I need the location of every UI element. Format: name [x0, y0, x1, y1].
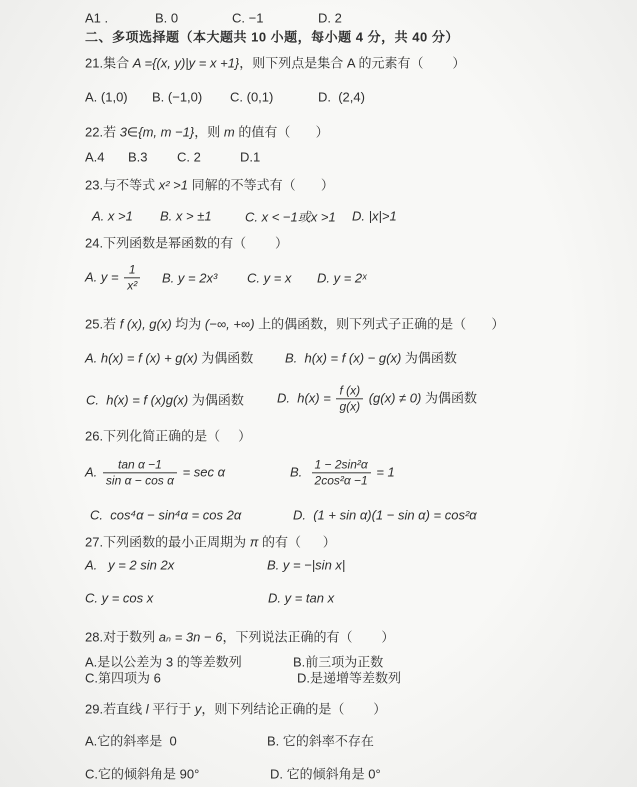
- option-a: A. (1,0): [85, 90, 128, 105]
- option-b: B. 1 − 2sin²α2cos²α −1 = 1: [290, 458, 395, 487]
- stem-formula: (−∞, +∞): [205, 317, 255, 332]
- option-b: B.3: [128, 150, 148, 165]
- stem-text: 23.与不等式: [85, 178, 159, 193]
- option-d: D. 2: [318, 11, 342, 26]
- option-d: D. (2,4): [318, 90, 365, 105]
- stem-formula: A ={(x, y)|y = x +1}: [133, 56, 240, 71]
- section-title: 二、多项选择题（本大题共 10 小题，每小题 4 分，共 40 分）: [85, 27, 459, 46]
- option-d: D. |x|>1: [352, 209, 397, 224]
- stem-text: 29.若直线: [85, 702, 146, 717]
- stem-text: 26.下列化简正确的是（ ）: [85, 426, 251, 445]
- option-c: C. x < −1或x >1: [245, 207, 336, 226]
- option-d: D.1: [240, 150, 260, 165]
- stem-text: 28.对于数列: [85, 630, 159, 645]
- option-c: C.第四项为 6: [85, 668, 161, 687]
- stem-formula: aₙ = 3n − 6: [159, 630, 223, 645]
- option-c: C. 2: [177, 150, 201, 165]
- stem-formula: 3∈{m, m −1}: [120, 125, 195, 140]
- stem-text: 22.若: [85, 125, 120, 140]
- option-a: A. tan α −1sin α − cos α = sec α: [85, 458, 225, 487]
- option-a: A1 .: [85, 11, 108, 26]
- stem-formula: f (x), g(x): [120, 317, 172, 332]
- stem-text: ，则下列结论正确的是（ ）: [201, 702, 386, 717]
- option-c: C.它的倾斜角是 90°: [85, 764, 199, 783]
- option-c: C. −1: [232, 11, 263, 26]
- option-a: A. x >1: [92, 209, 133, 224]
- option-d: D.是递增等差数列: [297, 668, 401, 687]
- stem-text: ，下列说法正确的有（ ）: [222, 630, 394, 645]
- option-b: B. h(x) = f (x) − g(x) 为偶函数: [285, 348, 457, 367]
- stem-text: 25.若: [85, 317, 120, 332]
- option-b: B. (−1,0): [152, 90, 202, 105]
- stem-text: 的有（ ）: [258, 535, 335, 550]
- option-c: C. y = cos x: [85, 591, 153, 606]
- stem-text: ，则: [194, 125, 224, 140]
- option-a: A.4: [85, 150, 105, 165]
- option-d: D. y = 2ˣ: [317, 271, 367, 286]
- fraction: 1 − 2sin²α2cos²α −1: [312, 458, 371, 487]
- option-c: C. cos⁴α − sin⁴α = cos 2α: [90, 508, 241, 523]
- option-a: A. y = 1x²: [85, 263, 142, 292]
- stem-text: 24.下列函数是幂函数的有（ ）: [85, 233, 288, 252]
- option-d: D. y = tan x: [268, 591, 334, 606]
- option-c: C. h(x) = f (x)g(x) 为偶函数: [86, 390, 244, 409]
- stem-text: 的值有（ ）: [235, 125, 329, 140]
- option-a: A.它的斜率是 0: [85, 731, 177, 750]
- option-d: D. (1 + sin α)(1 − sin α) = cos²α: [293, 508, 477, 523]
- option-b: B. 它的斜率不存在: [267, 731, 374, 750]
- option-d: D. h(x) = f (x)g(x) (g(x) ≠ 0) 为偶函数: [277, 384, 477, 413]
- stem-text: 同解的不等式有（ ）: [188, 178, 334, 193]
- stem-text: 27.下列函数的最小正周期为: [85, 535, 250, 550]
- option-d: D. 它的倾斜角是 0°: [270, 764, 381, 783]
- stem-text: 上的偶函数，则下列式子正确的是（ ）: [255, 317, 505, 332]
- option-b: B. y = 2x³: [162, 271, 217, 286]
- option-b: B. y = −|sin x|: [267, 558, 345, 573]
- fraction: tan α −1sin α − cos α: [103, 458, 177, 487]
- option-b: B. 0: [155, 11, 178, 26]
- option-c: C. y = x: [247, 271, 291, 286]
- stem-text: 平行于: [149, 702, 195, 717]
- option-c: C. (0,1): [230, 90, 273, 105]
- stem-formula: m: [224, 125, 235, 140]
- fraction: f (x)g(x): [336, 384, 363, 413]
- fraction: 1x²: [124, 263, 140, 292]
- stem-text: ，则下列点是集合 A 的元素有（ ）: [239, 56, 465, 71]
- exam-page: A1 . B. 0 C. −1 D. 2 二、多项选择题（本大题共 10 小题，…: [0, 0, 637, 787]
- option-b: B. x > ±1: [160, 209, 212, 224]
- stem-formula: x² >1: [159, 178, 188, 193]
- option-a: A. h(x) = f (x) + g(x) 为偶函数: [85, 348, 253, 367]
- stem-text: 21.集合: [85, 56, 133, 71]
- stem-text: 均为: [172, 317, 205, 332]
- option-a: A. y = 2 sin 2x: [85, 558, 174, 573]
